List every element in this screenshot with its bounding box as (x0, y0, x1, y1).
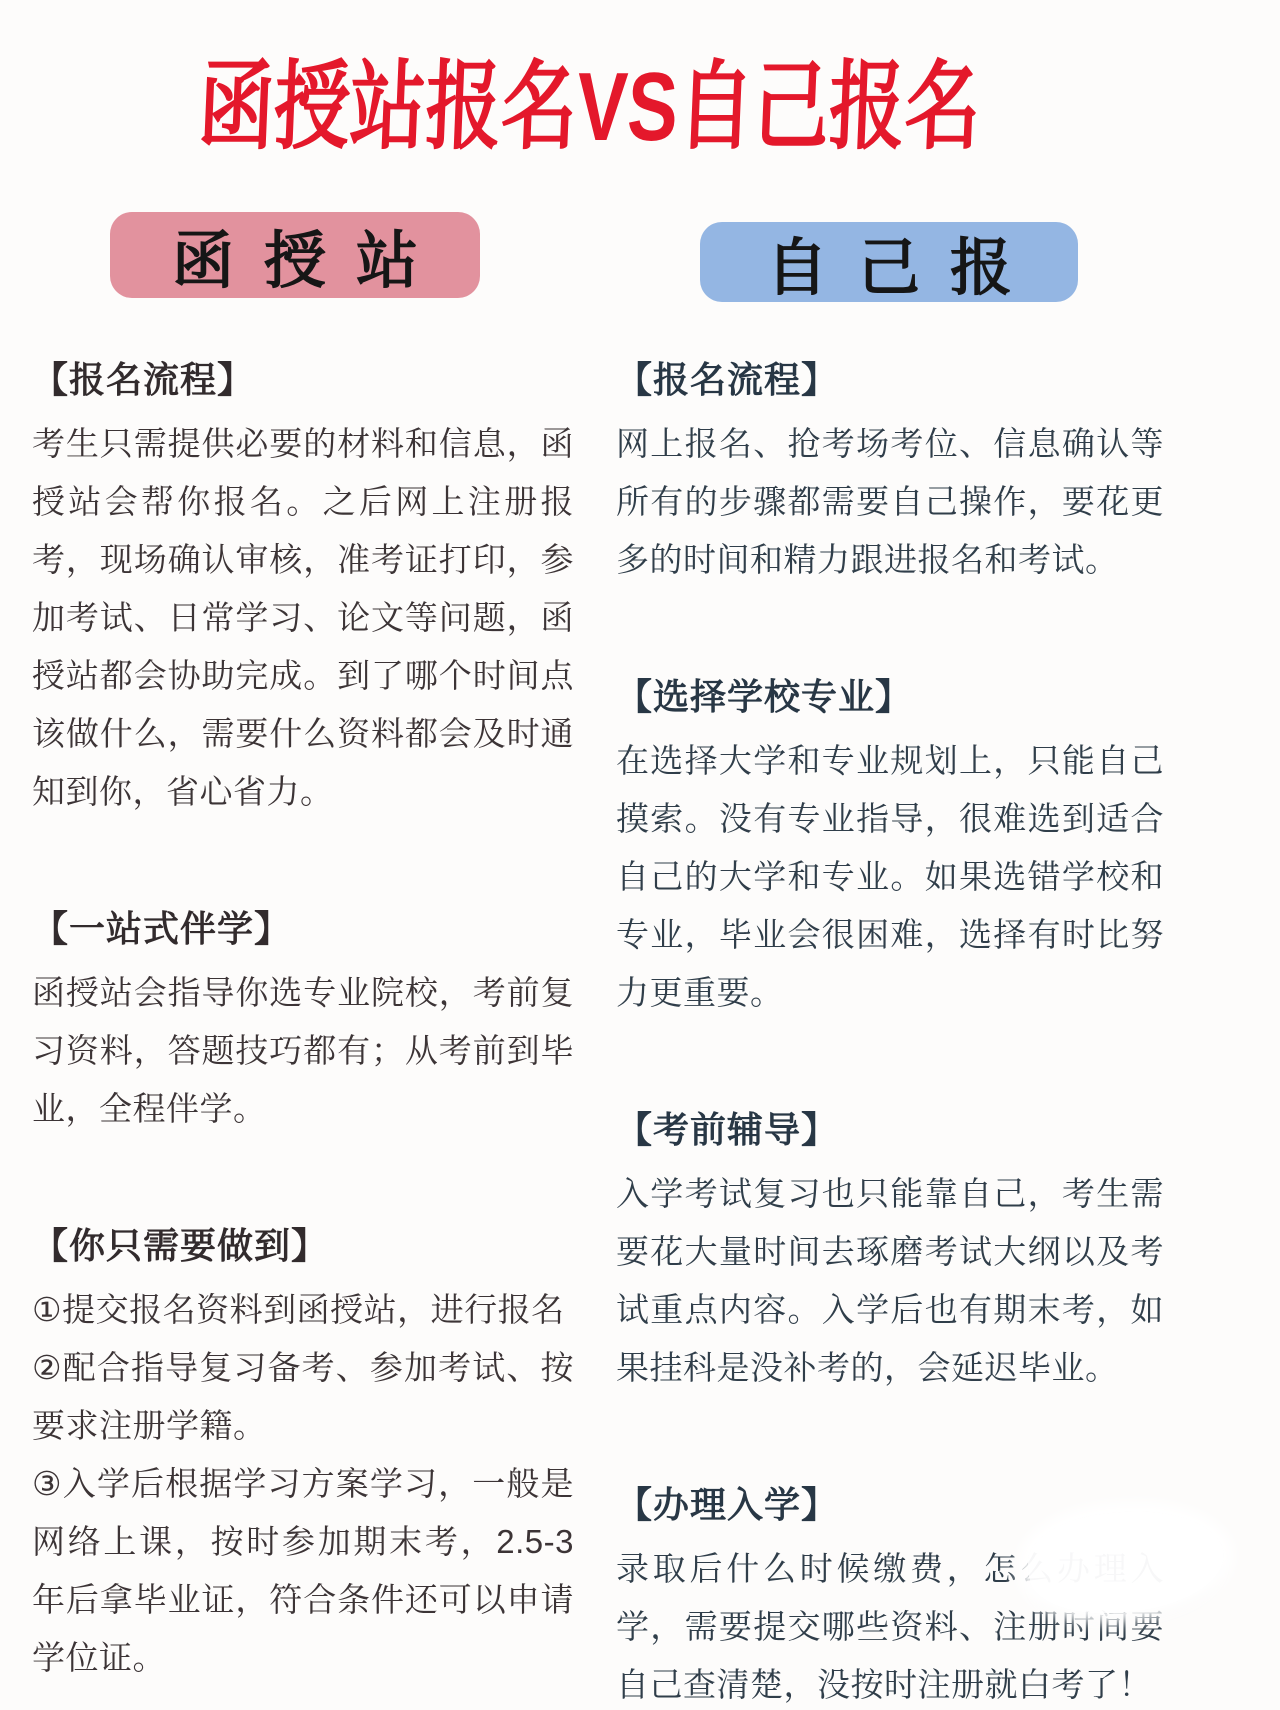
section-heading: 【选择学校专业】 (616, 669, 1164, 720)
section-heading: 【考前辅导】 (616, 1102, 1164, 1153)
left-column: 【报名流程】 考生只需提供必要的材料和信息，函授站会帮你报名。之后网上注册报考，… (32, 352, 574, 1687)
section-heading: 【报名流程】 (32, 352, 574, 403)
section-right-pre-exam-tutoring: 【考前辅导】 入学考试复习也只能靠自己，考生需要花大量时间去琢磨考试大纲以及考试… (616, 1102, 1164, 1397)
section-left-one-stop-support: 【一站式伴学】 函授站会指导你选专业院校，考前复习资料，答题技巧都有；从考前到毕… (32, 901, 574, 1138)
left-column-header-badge: 函授站 (110, 212, 480, 298)
section-body: 考生只需提供必要的材料和信息，函授站会帮你报名。之后网上注册报考，现场确认审核，… (32, 415, 574, 821)
section-heading: 【报名流程】 (616, 352, 1164, 403)
section-body: 在选择大学和专业规划上，只能自己摸索。没有专业指导，很难选到适合自己的大学和专业… (616, 732, 1164, 1022)
section-heading: 【你只需要做到】 (32, 1218, 574, 1269)
section-right-school-major-choice: 【选择学校专业】 在选择大学和专业规划上，只能自己摸索。没有专业指导，很难选到适… (616, 669, 1164, 1022)
section-list-item-1: ①提交报名资料到函授站，进行报名 (32, 1281, 574, 1339)
section-right-registration-process: 【报名流程】 网上报名、抢考场考位、信息确认等所有的步骤都需要自己操作，要花更多… (616, 352, 1164, 589)
section-body: 入学考试复习也只能靠自己，考生需要花大量时间去琢磨考试大纲以及考试重点内容。入学… (616, 1165, 1164, 1397)
section-heading: 【一站式伴学】 (32, 901, 574, 952)
section-list-item-3: ③入学后根据学习方案学习，一般是网络上课，按时参加期末考，2.5-3年后拿毕业证… (32, 1455, 574, 1687)
comparison-poster: 函授站报名VS自己报名 函授站 自己报 【报名流程】 考生只需提供必要的材料和信… (0, 0, 1280, 1710)
section-list-item-2: ②配合指导复习备考、参加考试、按要求注册学籍。 (32, 1339, 574, 1455)
right-column: 【报名流程】 网上报名、抢考场考位、信息确认等所有的步骤都需要自己操作，要花更多… (616, 352, 1164, 1710)
left-column-header-label: 函授站 (142, 211, 448, 300)
right-column-header-badge: 自己报 (700, 222, 1078, 302)
section-left-registration-process: 【报名流程】 考生只需提供必要的材料和信息，函授站会帮你报名。之后网上注册报考，… (32, 352, 574, 821)
section-body: 网上报名、抢考场考位、信息确认等所有的步骤都需要自己操作，要花更多的时间和精力跟… (616, 415, 1164, 589)
page-title: 函授站报名VS自己报名 (127, 28, 1053, 168)
section-left-what-you-do: 【你只需要做到】 ①提交报名资料到函授站，进行报名 ②配合指导复习备考、参加考试… (32, 1218, 574, 1687)
section-body: 函授站会指导你选专业院校，考前复习资料，答题技巧都有；从考前到毕业，全程伴学。 (32, 964, 574, 1138)
right-column-header-label: 自己报 (736, 218, 1042, 307)
